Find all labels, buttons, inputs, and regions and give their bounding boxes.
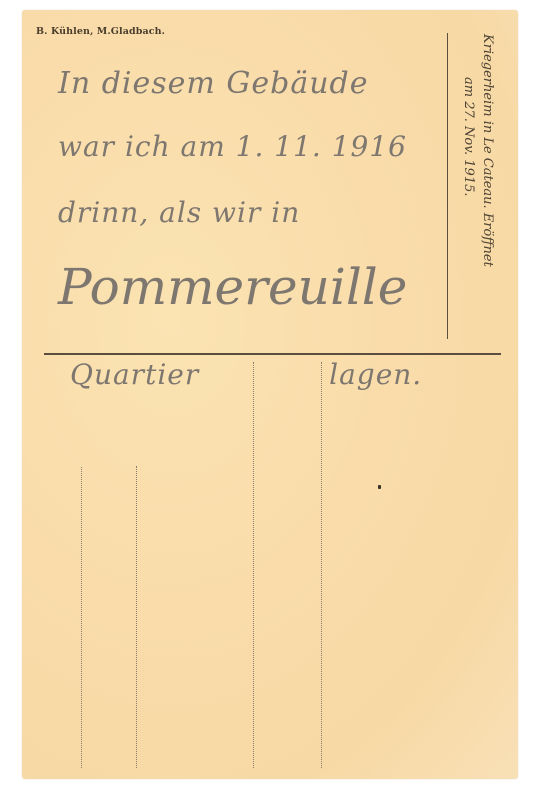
caption-vertical: Kriegerheim in Le Cateau. Eröffnet am 27…	[453, 34, 503, 334]
publisher-imprint: B. Kühlen, M.Gladbach.	[36, 26, 165, 37]
handwriting-line-4: Pommereuille	[58, 258, 407, 316]
dotted-line-4	[321, 362, 322, 768]
caption-line-1: Kriegerheim in Le Cateau. Eröffnet	[478, 34, 497, 334]
handwriting-line-1: In diesem Gebäude	[58, 66, 368, 101]
dotted-line-3	[253, 362, 254, 768]
postcard-back	[22, 10, 518, 779]
dotted-line-2	[136, 466, 137, 768]
handwriting-line-3: drinn, als wir in	[58, 196, 300, 229]
caption-line-2: am 27. Nov. 1915.	[459, 34, 478, 334]
ink-speck	[378, 485, 381, 489]
dotted-line-1	[81, 467, 82, 768]
caption-divider-line	[447, 33, 448, 339]
handwriting-line-5: Quartier lagen.	[70, 358, 422, 391]
handwriting-line-2: war ich am 1. 11. 1916	[58, 130, 407, 163]
horizontal-divider-line	[44, 353, 501, 355]
